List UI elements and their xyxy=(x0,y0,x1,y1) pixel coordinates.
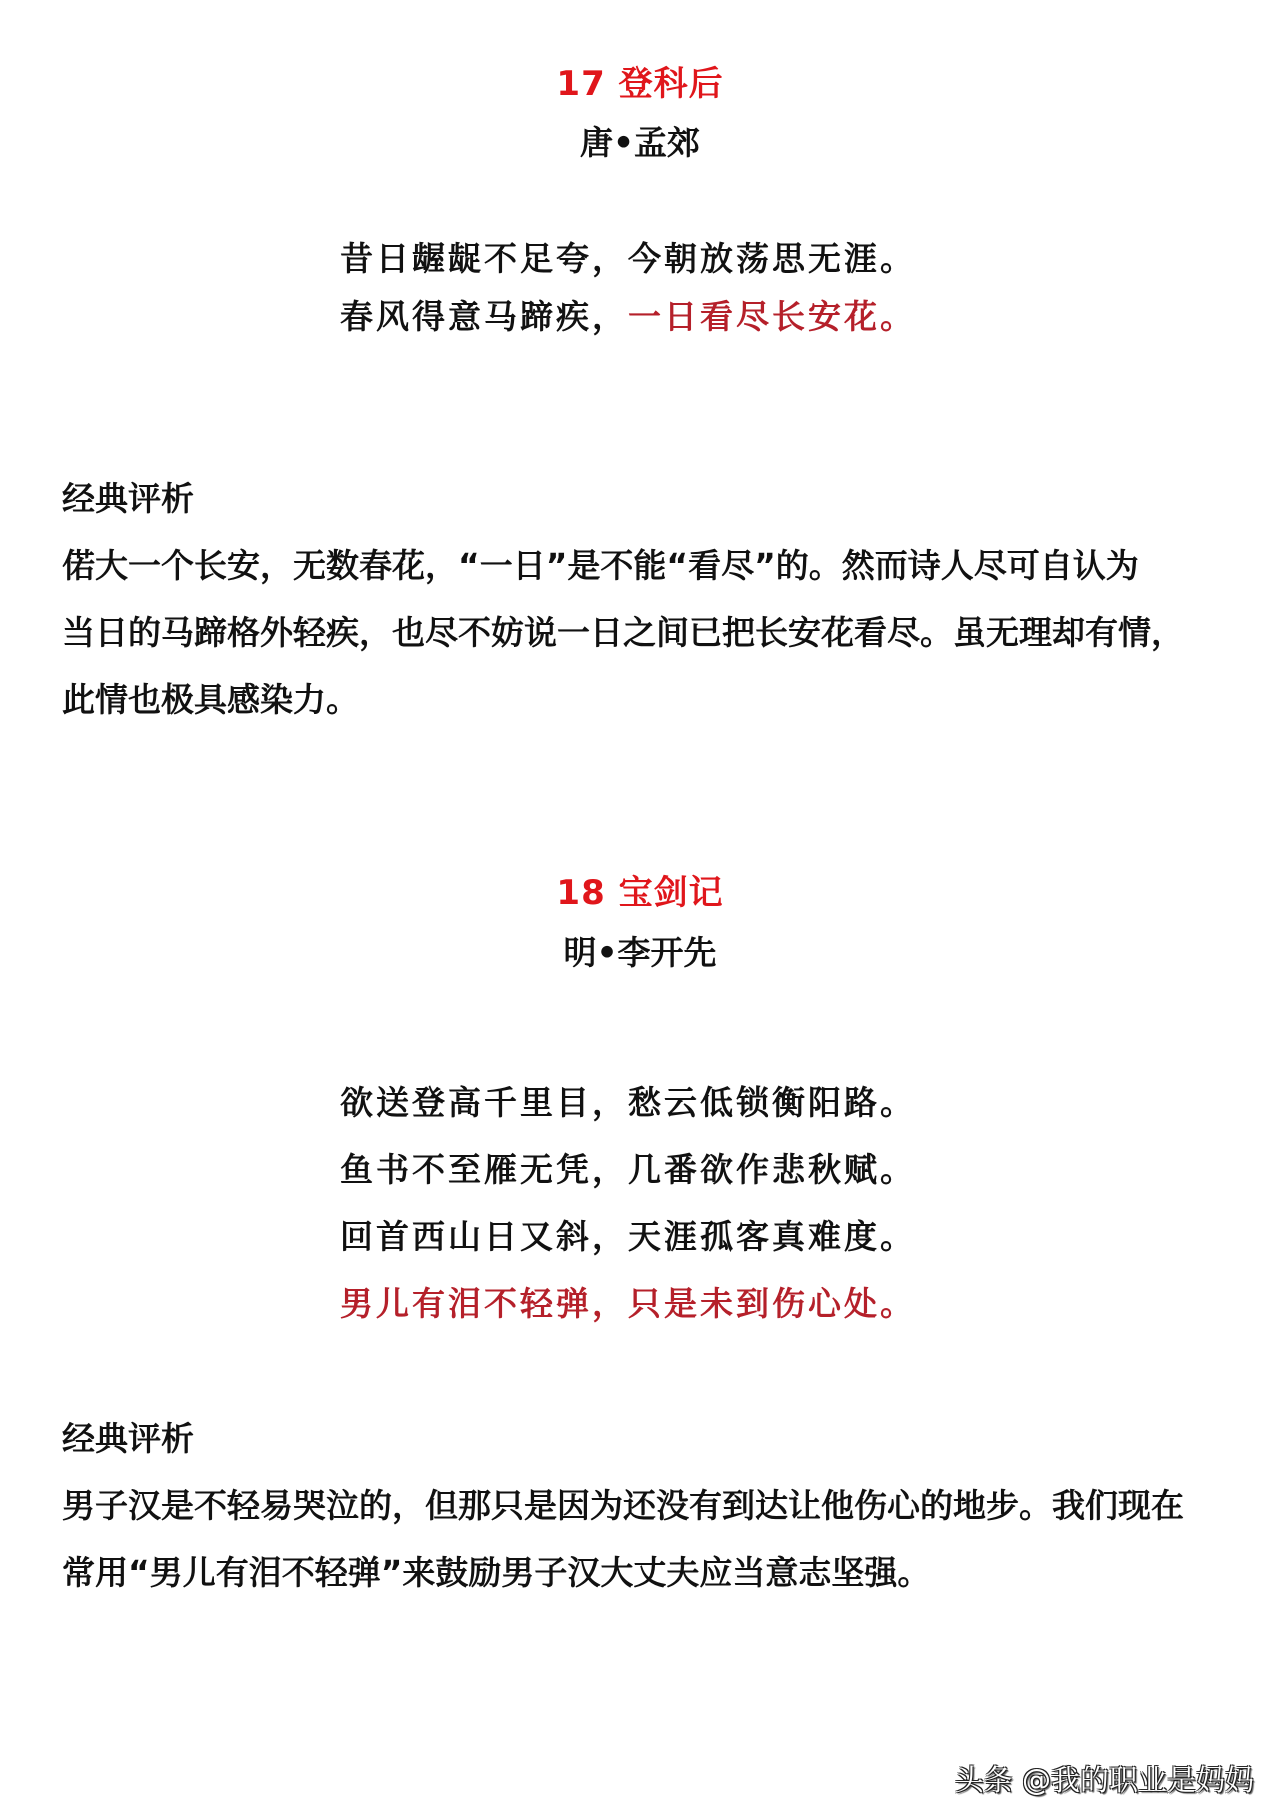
poem-line-highlight: 一日看尽长安花。 xyxy=(628,297,916,336)
poem-line-text: 欲送登高千里目，愁云低锁衡阳路。 xyxy=(340,1083,916,1122)
poem-line-text: 回首西山日又斜，天涯孤客真难度。 xyxy=(340,1217,916,1256)
analysis-line: 偌大一个长安，无数春花，“一日”是不能“看尽”的。然而诗人尽可自认为 xyxy=(62,532,1232,599)
poem-title: 18 宝剑记 xyxy=(0,873,1280,913)
poem-line: 男儿有泪不轻弹，只是未到伤心处。 xyxy=(340,1284,916,1324)
watermark: 头条 @我的职业是妈妈 xyxy=(955,1762,1254,1798)
analysis-paragraph: 男子汉是不轻易哭泣的，但那只是因为还没有到达让他伤心的地步。我们现在 常用“男儿… xyxy=(62,1472,1232,1606)
poem-line-text: 昔日龌龊不足夸，今朝放荡思无涯。 xyxy=(340,239,916,278)
poem-line: 鱼书不至雁无凭，几番欲作悲秋赋。 xyxy=(340,1150,916,1190)
poem-title: 17 登科后 xyxy=(0,64,1280,104)
analysis-line: 此情也极具感染力。 xyxy=(62,666,1232,733)
poem-author: 明•李开先 xyxy=(0,933,1280,973)
analysis-line: 当日的马蹄格外轻疾，也尽不妨说一日之间已把长安花看尽。虽无理却有情， xyxy=(62,599,1232,666)
analysis-paragraph: 偌大一个长安，无数春花，“一日”是不能“看尽”的。然而诗人尽可自认为 当日的马蹄… xyxy=(62,532,1232,733)
analysis-line: 常用“男儿有泪不轻弹”来鼓励男子汉大丈夫应当意志坚强。 xyxy=(62,1539,1232,1606)
poem-line: 春风得意马蹄疾，一日看尽长安花。 xyxy=(340,297,916,337)
poem-line-highlight: 男儿有泪不轻弹，只是未到伤心处。 xyxy=(340,1284,916,1323)
poem-line: 回首西山日又斜，天涯孤客真难度。 xyxy=(340,1217,916,1257)
poem-line: 昔日龌龊不足夸，今朝放荡思无涯。 xyxy=(340,239,916,279)
poem-line-text: 春风得意马蹄疾， xyxy=(340,297,628,336)
analysis-heading: 经典评析 xyxy=(62,479,194,519)
poem-line-text: 鱼书不至雁无凭，几番欲作悲秋赋。 xyxy=(340,1150,916,1189)
poem-line: 欲送登高千里目，愁云低锁衡阳路。 xyxy=(340,1083,916,1123)
analysis-line: 男子汉是不轻易哭泣的，但那只是因为还没有到达让他伤心的地步。我们现在 xyxy=(62,1472,1232,1539)
analysis-heading: 经典评析 xyxy=(62,1419,194,1459)
poem-author: 唐•孟郊 xyxy=(0,123,1280,163)
